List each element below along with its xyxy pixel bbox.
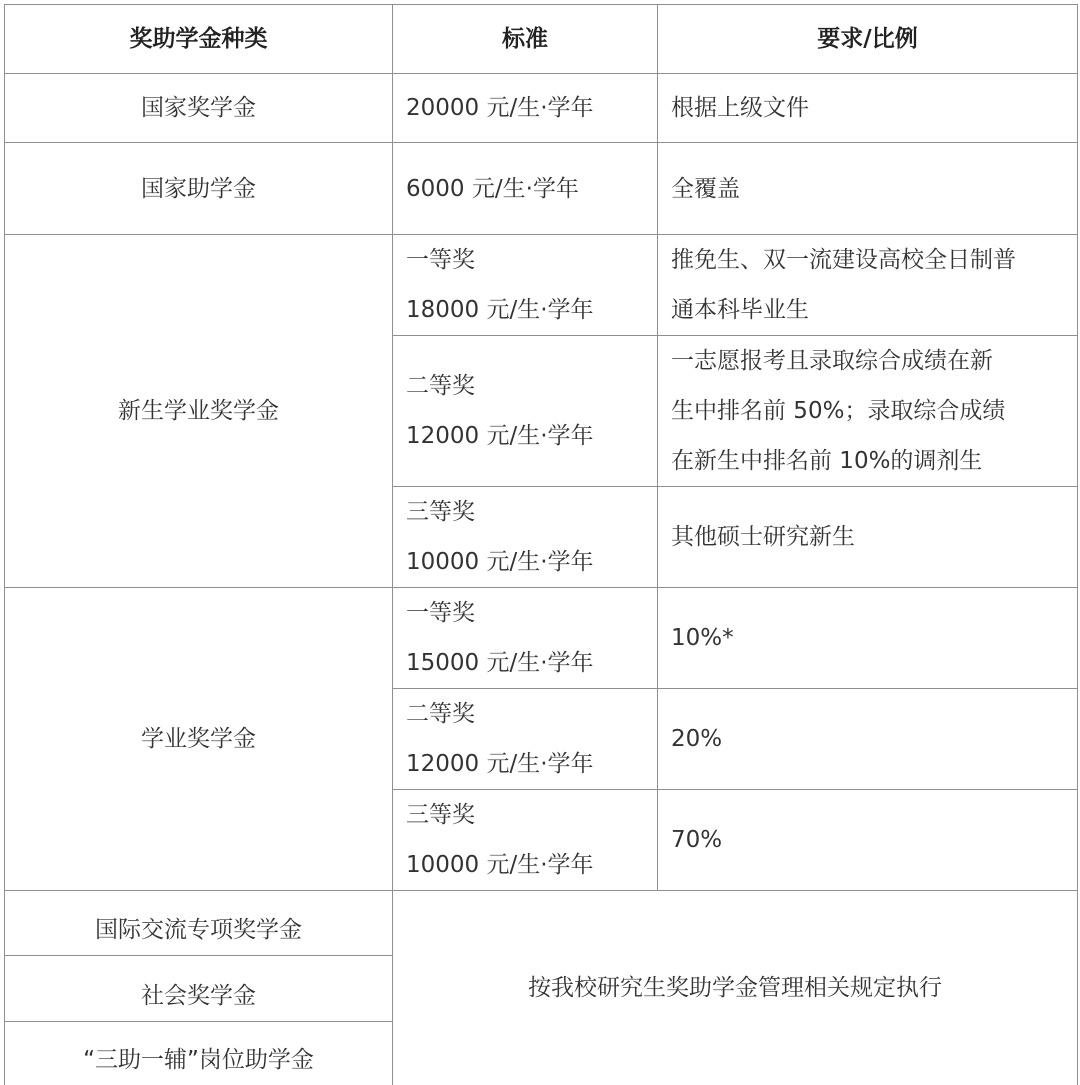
type-cell: 学业奖学金 [5, 588, 393, 891]
requirement-line: 推免生、双一流建设高校全日制普 [671, 235, 1077, 285]
standard-cell: 20000 元/生·学年 [393, 74, 658, 143]
amount-label: 18000 元/生·学年 [406, 285, 657, 335]
table-row: 国家助学金 6000 元/生·学年 全覆盖 [5, 143, 1078, 235]
requirement-line: 在新生中排名前 10%的调剂生 [671, 436, 1077, 486]
type-cell: 国家助学金 [5, 143, 393, 235]
scholarship-table: 奖助学金种类 标准 要求/比例 国家奖学金 20000 元/生·学年 根据上级文… [4, 4, 1078, 1085]
level-label: 一等奖 [406, 235, 657, 285]
amount-label: 10000 元/生·学年 [406, 840, 657, 890]
level-label: 一等奖 [406, 588, 657, 638]
type-cell: 国家奖学金 [5, 74, 393, 143]
table-row: 学业奖学金 一等奖 15000 元/生·学年 10%* [5, 588, 1078, 689]
level-label: 三等奖 [406, 487, 657, 537]
level-label: 二等奖 [406, 361, 657, 411]
table-row: 国家奖学金 20000 元/生·学年 根据上级文件 [5, 74, 1078, 143]
standard-cell: 三等奖 10000 元/生·学年 [393, 487, 658, 588]
standard-cell: 三等奖 10000 元/生·学年 [393, 790, 658, 891]
requirement-line: 生中排名前 50%；录取综合成绩 [671, 386, 1077, 436]
table-row: 国际交流专项奖学金 按我校研究生奖助学金管理相关规定执行 [5, 891, 1078, 956]
ratio-cell: 10%* [658, 588, 1078, 689]
type-cell: 新生学业奖学金 [5, 235, 393, 588]
requirement-line: 通本科毕业生 [671, 285, 1077, 335]
standard-cell: 一等奖 15000 元/生·学年 [393, 588, 658, 689]
requirement-line: 一志愿报考且录取综合成绩在新 [671, 336, 1077, 386]
standard-cell: 一等奖 18000 元/生·学年 [393, 235, 658, 336]
level-label: 三等奖 [406, 790, 657, 840]
amount-label: 15000 元/生·学年 [406, 638, 657, 688]
requirement-cell: 其他硕士研究新生 [658, 487, 1078, 588]
requirement-cell: 全覆盖 [658, 143, 1078, 235]
amount-label: 10000 元/生·学年 [406, 537, 657, 587]
ratio-cell: 70% [658, 790, 1078, 891]
type-cell: 社会奖学金 [5, 956, 393, 1022]
requirement-cell: 根据上级文件 [658, 74, 1078, 143]
header-requirement: 要求/比例 [658, 5, 1078, 74]
requirement-cell: 推免生、双一流建设高校全日制普 通本科毕业生 [658, 235, 1078, 336]
standard-cell: 二等奖 12000 元/生·学年 [393, 336, 658, 487]
ratio-cell: 20% [658, 689, 1078, 790]
header-row: 奖助学金种类 标准 要求/比例 [5, 5, 1078, 74]
table-row: 新生学业奖学金 一等奖 18000 元/生·学年 推免生、双一流建设高校全日制普… [5, 235, 1078, 336]
type-cell: 国际交流专项奖学金 [5, 891, 393, 956]
amount-label: 12000 元/生·学年 [406, 739, 657, 789]
level-label: 二等奖 [406, 689, 657, 739]
header-standard: 标准 [393, 5, 658, 74]
header-type: 奖助学金种类 [5, 5, 393, 74]
type-cell: “三助一辅”岗位助学金 [5, 1022, 393, 1085]
rule-cell: 按我校研究生奖助学金管理相关规定执行 [393, 891, 1078, 1085]
standard-cell: 6000 元/生·学年 [393, 143, 658, 235]
requirement-cell: 一志愿报考且录取综合成绩在新 生中排名前 50%；录取综合成绩 在新生中排名前 … [658, 336, 1078, 487]
amount-label: 12000 元/生·学年 [406, 411, 657, 461]
standard-cell: 二等奖 12000 元/生·学年 [393, 689, 658, 790]
